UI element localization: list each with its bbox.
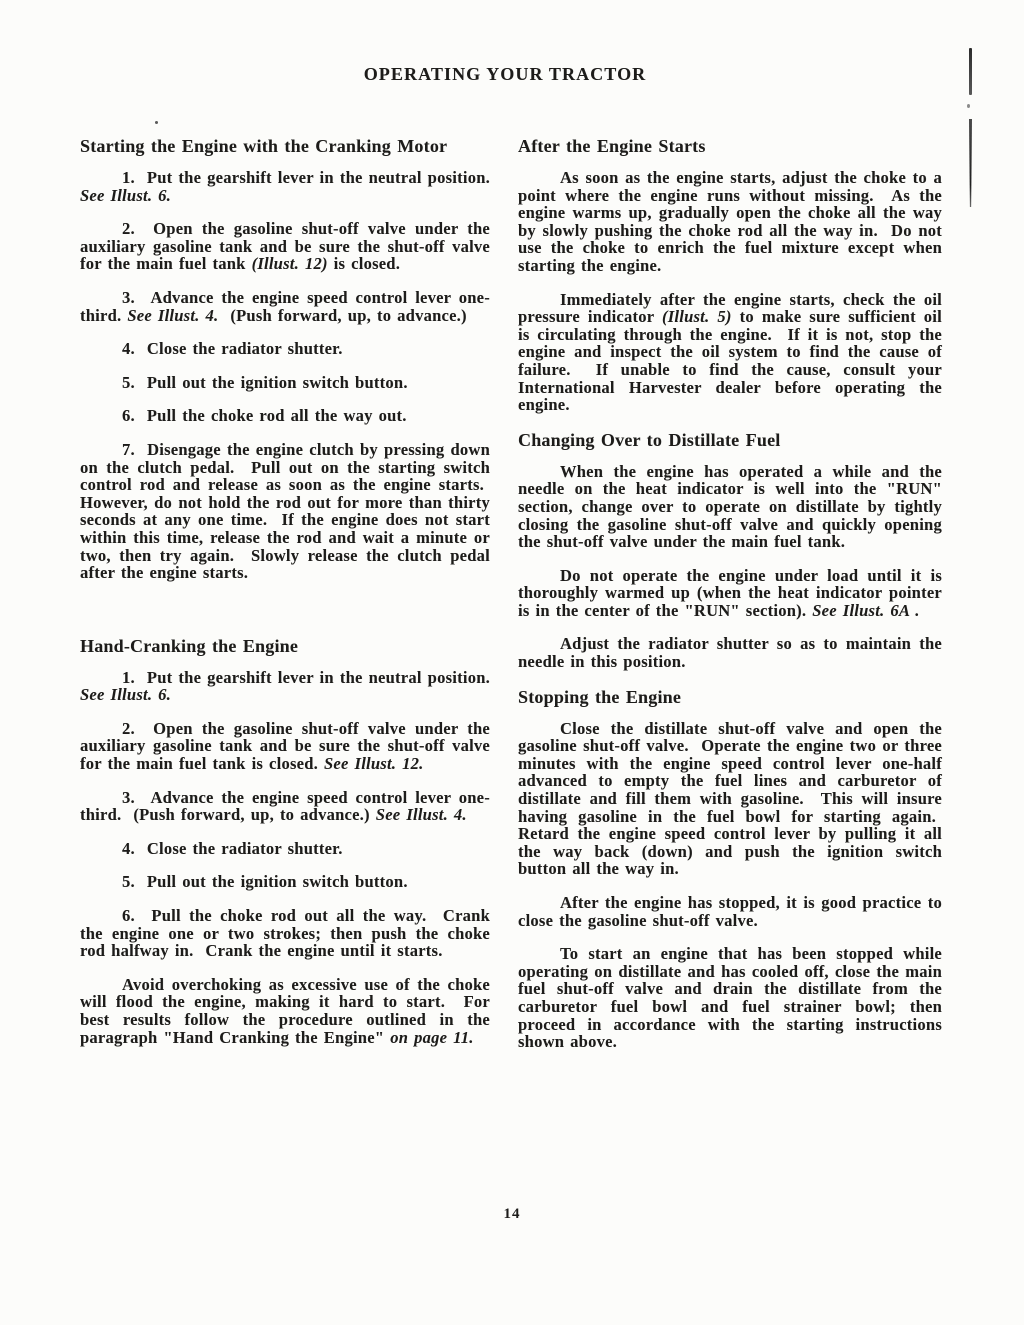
text-run: 6. Pull the choke rod all the way out. bbox=[122, 406, 407, 425]
paragraph: 5. Pull out the ignition switch button. bbox=[80, 374, 490, 392]
paragraph: As soon as the engine starts, adjust the… bbox=[518, 169, 942, 275]
document-section: Starting the Engine with the Cranking Mo… bbox=[80, 136, 490, 582]
paragraph: After the engine has stopped, it is good… bbox=[518, 894, 942, 929]
document-section: After the Engine StartsAs soon as the en… bbox=[518, 136, 942, 414]
illustration-reference: See Illust. 6. bbox=[80, 685, 171, 704]
text-run: After the engine has stopped, it is good… bbox=[518, 893, 942, 930]
paragraph: 3. Advance the engine speed control leve… bbox=[80, 789, 490, 824]
right-column: After the Engine StartsAs soon as the en… bbox=[518, 136, 942, 1051]
paragraph: 6. Pull the choke rod out all the way. C… bbox=[80, 907, 490, 960]
illustration-reference: See Illust. 4. bbox=[376, 805, 467, 824]
scan-artifact-dot bbox=[967, 104, 970, 108]
paragraph: 5. Pull out the ignition switch button. bbox=[80, 873, 490, 891]
text-run: 4. Close the radiator shutter. bbox=[122, 339, 343, 358]
text-run: As soon as the engine starts, adjust the… bbox=[518, 168, 942, 275]
manual-page: OPERATING YOUR TRACTOR Starting the Engi… bbox=[0, 0, 1024, 1325]
text-run: 7. Disengage the engine clutch by pressi… bbox=[80, 440, 490, 582]
paragraph: 1. Put the gearshift lever in the neutra… bbox=[80, 169, 490, 204]
scan-artifact-dot bbox=[155, 121, 158, 124]
paragraph: Close the distillate shut-off valve and … bbox=[518, 720, 942, 878]
paragraph: Immediately after the engine starts, che… bbox=[518, 291, 942, 414]
paragraph: 4. Close the radiator shutter. bbox=[80, 340, 490, 358]
text-run: When the engine has operated a while and… bbox=[518, 462, 942, 551]
illustration-reference: See Illust. 12. bbox=[324, 754, 424, 773]
text-run: To start an engine that has been stopped… bbox=[518, 944, 942, 1051]
paragraph: 1. Put the gearshift lever in the neutra… bbox=[80, 669, 490, 704]
illustration-reference: (Illust. 12) bbox=[252, 254, 328, 273]
text-run: 1. Put the gearshift lever in the neutra… bbox=[122, 668, 490, 687]
scan-artifact-line bbox=[969, 48, 972, 95]
text-run: 4. Close the radiator shutter. bbox=[122, 839, 343, 858]
paragraph: 4. Close the radiator shutter. bbox=[80, 840, 490, 858]
text-run: Adjust the radiator shutter so as to mai… bbox=[518, 634, 942, 671]
text-run: (Push forward, up, to advance.) bbox=[218, 306, 466, 325]
text-run: 5. Pull out the ignition switch button. bbox=[122, 872, 408, 891]
paragraph: Adjust the radiator shutter so as to mai… bbox=[518, 635, 942, 670]
paragraph: 6. Pull the choke rod all the way out. bbox=[80, 407, 490, 425]
document-section: Hand-Cranking the Engine1. Put the gears… bbox=[80, 636, 490, 1047]
section-heading: Stopping the Engine bbox=[518, 687, 942, 707]
paragraph: 2. Open the gasoline shut-off valve unde… bbox=[80, 220, 490, 273]
illustration-reference: (Illust. 5) bbox=[662, 307, 732, 326]
paragraph: Avoid overchoking as excessive use of th… bbox=[80, 976, 490, 1046]
illustration-reference: on page 11. bbox=[390, 1028, 473, 1047]
section-heading: Changing Over to Distillate Fuel bbox=[518, 430, 942, 450]
text-run: 6. Pull the choke rod out all the way. C… bbox=[80, 906, 490, 960]
section-heading: Hand-Cranking the Engine bbox=[80, 636, 490, 656]
text-run: is closed. bbox=[328, 254, 400, 273]
paragraph: 2. Open the gasoline shut-off valve unde… bbox=[80, 720, 490, 773]
illustration-reference: See Illust. 4. bbox=[127, 306, 218, 325]
paragraph: When the engine has operated a while and… bbox=[518, 463, 942, 551]
text-run: 5. Pull out the ignition switch button. bbox=[122, 373, 408, 392]
section-heading: Starting the Engine with the Cranking Mo… bbox=[80, 136, 490, 156]
text-run: 1. Put the gearshift lever in the neutra… bbox=[122, 168, 490, 187]
page-number: 14 bbox=[0, 1206, 1024, 1223]
illustration-reference: See Illust. 6A . bbox=[812, 601, 919, 620]
text-run: Close the distillate shut-off valve and … bbox=[518, 719, 942, 879]
left-column: Starting the Engine with the Cranking Mo… bbox=[80, 136, 490, 1046]
paragraph: 7. Disengage the engine clutch by pressi… bbox=[80, 441, 490, 582]
paragraph: To start an engine that has been stopped… bbox=[518, 945, 942, 1051]
paragraph: Do not operate the engine under load unt… bbox=[518, 567, 942, 620]
section-heading: After the Engine Starts bbox=[518, 136, 942, 156]
document-section: Stopping the EngineClose the distillate … bbox=[518, 687, 942, 1051]
scan-artifact-line bbox=[969, 119, 972, 207]
document-section: Changing Over to Distillate FuelWhen the… bbox=[518, 430, 942, 671]
page-header: OPERATING YOUR TRACTOR bbox=[0, 64, 1010, 85]
illustration-reference: See Illust. 6. bbox=[80, 186, 171, 205]
text-run: 2. Open the gasoline shut-off valve unde… bbox=[80, 719, 490, 773]
paragraph: 3. Advance the engine speed control leve… bbox=[80, 289, 490, 324]
